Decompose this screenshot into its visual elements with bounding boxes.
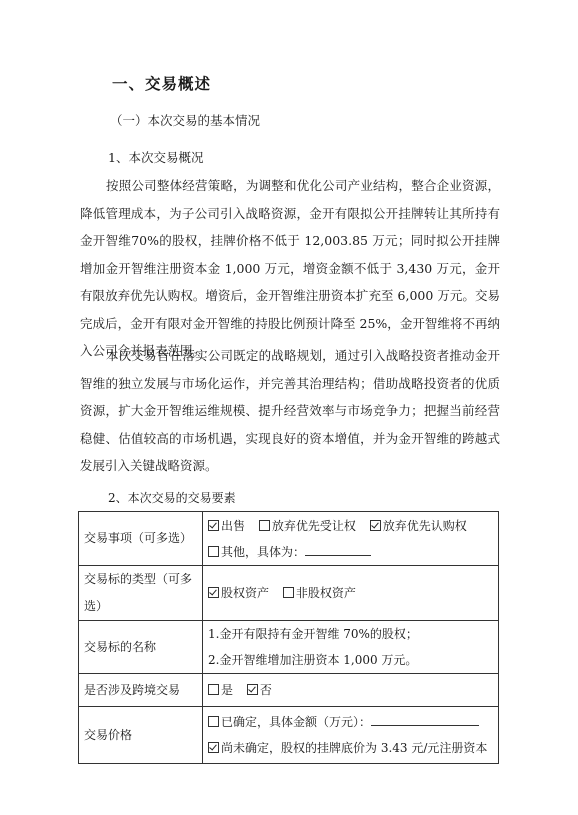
row-value: 是 否 [203, 674, 499, 707]
target-line: 1.金开有限持有金开智维 70%的股权； [208, 621, 493, 647]
item-heading-overview: 1、本次交易概况 [108, 148, 203, 166]
checkbox-checked-icon[interactable] [208, 520, 219, 531]
item-heading-elements: 2、本次交易的交易要素 [108, 489, 236, 506]
row-label: 交易价格 [79, 707, 203, 764]
checkbox-checked-icon[interactable] [247, 684, 258, 695]
table-row: 交易价格 已确定，具体金额（万元）： 尚未确定，股权的挂牌底价为 3.43 元/… [79, 707, 499, 764]
checkbox-unchecked-icon[interactable] [259, 520, 270, 531]
checkbox-unchecked-icon[interactable] [208, 546, 219, 557]
option-label: 放弃优先受让权 [272, 519, 356, 533]
fill-in-blank[interactable] [305, 543, 371, 556]
table-row: 交易标的名称 1.金开有限持有金开智维 70%的股权； 2.金开智维增加注册资本… [79, 621, 499, 674]
option-label: 非股权资产 [296, 586, 356, 600]
option-label: 是 [221, 683, 233, 697]
row-label: 是否涉及跨境交易 [79, 674, 203, 707]
option-label: 已确定，具体金额（万元）： [221, 715, 371, 729]
option-label: 尚未确定，股权的挂牌底价为 3.43 元/元注册资本 [221, 741, 487, 755]
row-value: 1.金开有限持有金开智维 70%的股权； 2.金开智维增加注册资本 1,000 … [203, 621, 499, 674]
checkbox-unchecked-icon[interactable] [208, 716, 219, 727]
option-label: 出售 [221, 519, 245, 533]
option-label: 否 [260, 683, 272, 697]
option-label: 放弃优先认购权 [383, 519, 467, 533]
paragraph-transaction-purpose: 本次交易旨在落实公司既定的战略规划，通过引入战略投资者推动金开智维的独立发展与市… [80, 342, 500, 480]
fill-in-blank[interactable] [371, 713, 479, 726]
row-value: 股权资产 非股权资产 [203, 566, 499, 621]
subsection-heading: （一）本次交易的基本情况 [110, 111, 260, 129]
table-row: 交易标的类型（可多选） 股权资产 非股权资产 [79, 566, 499, 621]
row-label: 交易标的类型（可多选） [79, 566, 203, 621]
checkbox-checked-icon[interactable] [208, 742, 219, 753]
option-label: 股权资产 [221, 586, 269, 600]
row-label: 交易事项（可多选） [79, 512, 203, 566]
row-value: 出售 放弃优先受让权 放弃优先认购权 其他，具体为： [203, 512, 499, 566]
target-line: 2.金开智维增加注册资本 1,000 万元。 [208, 647, 493, 673]
row-value: 已确定，具体金额（万元）： 尚未确定，股权的挂牌底价为 3.43 元/元注册资本 [203, 707, 499, 764]
checkbox-unchecked-icon[interactable] [283, 587, 294, 598]
checkbox-checked-icon[interactable] [208, 587, 219, 598]
table-row: 是否涉及跨境交易 是 否 [79, 674, 499, 707]
section-heading: 一、交易概述 [112, 72, 211, 94]
checkbox-checked-icon[interactable] [370, 520, 381, 531]
checkbox-unchecked-icon[interactable] [208, 684, 219, 695]
row-label: 交易标的名称 [79, 621, 203, 674]
option-label: 其他，具体为： [221, 545, 305, 559]
paragraph-transaction-overview: 按照公司整体经营策略，为调整和优化公司产业结构，整合企业资源，降低管理成本，为子… [80, 172, 500, 365]
table-row: 交易事项（可多选） 出售 放弃优先受让权 放弃优先认购权 其他，具体为： [79, 512, 499, 566]
transaction-elements-table: 交易事项（可多选） 出售 放弃优先受让权 放弃优先认购权 其他，具体为： 交易标… [78, 511, 499, 764]
